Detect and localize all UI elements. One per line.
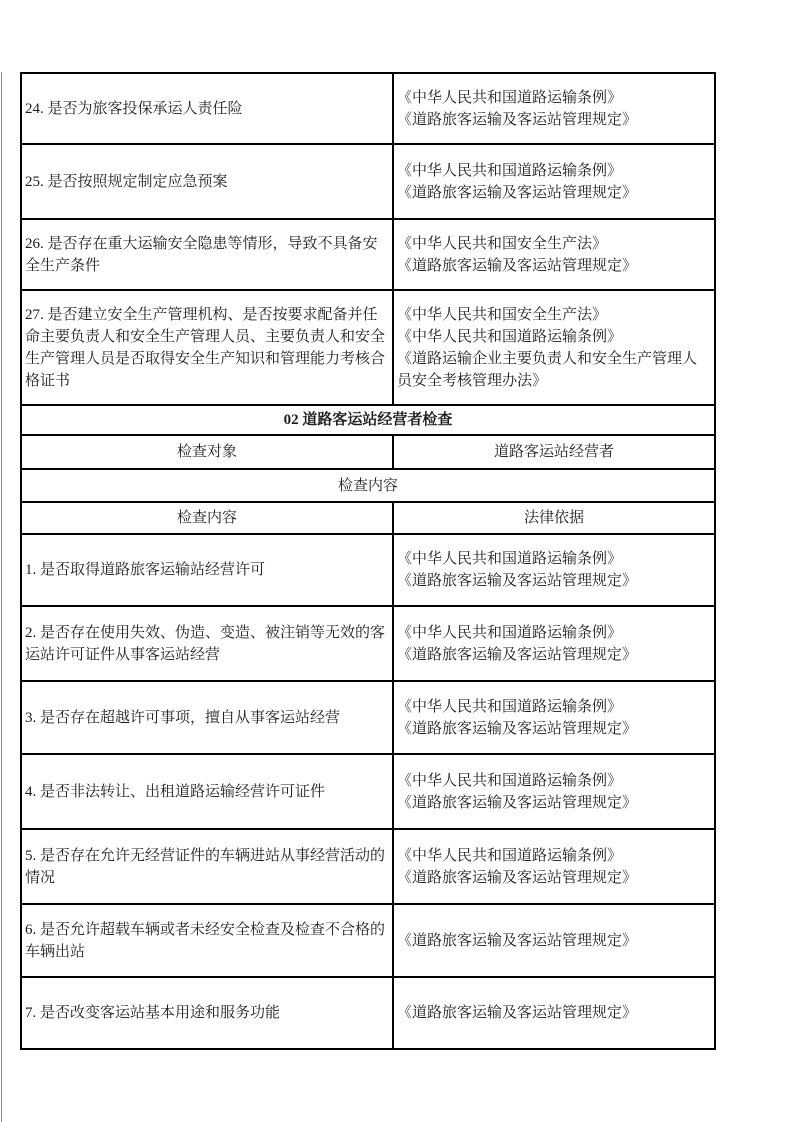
table-row: 25. 是否按照规定制定应急预案 《中华人民共和国道路运输条例》 《道路旅客运输…	[21, 144, 715, 219]
legal-basis-cell: 《中华人民共和国道路运输条例》 《道路旅客运输及客运站管理规定》	[393, 606, 715, 681]
legal-basis-cell: 《中华人民共和国安全生产法》 《中华人民共和国道路运输条例》 《道路运输企业主要…	[393, 290, 715, 405]
inspection-item-cell: 3. 是否存在超越许可事项，擅自从事客运站经营	[21, 681, 393, 754]
table-row: 3. 是否存在超越许可事项，擅自从事客运站经营 《中华人民共和国道路运输条例》 …	[21, 681, 715, 754]
table-row: 检查内容 法律依据	[21, 502, 715, 534]
table-row: 2. 是否存在使用失效、伪造、变造、被注销等无效的客运站许可证件从事客运站经营 …	[21, 606, 715, 681]
table-row: 6. 是否允许超载车辆或者未经安全检查及检查不合格的车辆出站 《道路旅客运输及客…	[21, 904, 715, 977]
legal-basis-cell: 《中华人民共和国道路运输条例》 《道路旅客运输及客运站管理规定》	[393, 829, 715, 904]
section-title: 02 道路客运站经营者检查	[21, 405, 715, 435]
inspection-item-cell: 5. 是否存在允许无经营证件的车辆进站从事经营活动的情况	[21, 829, 393, 904]
inspection-item-cell: 1. 是否取得道路旅客运输站经营许可	[21, 534, 393, 606]
inspection-item-cell: 26. 是否存在重大运输安全隐患等情形，导致不具备安全生产条件	[21, 219, 393, 290]
table-row: 24. 是否为旅客投保承运人责任险 《中华人民共和国道路运输条例》 《道路旅客运…	[21, 73, 715, 144]
column-header-item: 检查内容	[21, 502, 393, 534]
inspection-item-cell: 4. 是否非法转让、出租道路运输经营许可证件	[21, 754, 393, 829]
legal-basis-cell: 《道路旅客运输及客运站管理规定》	[393, 904, 715, 977]
table-row: 02 道路客运站经营者检查	[21, 405, 715, 435]
inspection-item-cell: 2. 是否存在使用失效、伪造、变造、被注销等无效的客运站许可证件从事客运站经营	[21, 606, 393, 681]
table-row: 4. 是否非法转让、出租道路运输经营许可证件 《中华人民共和国道路运输条例》 《…	[21, 754, 715, 829]
table-row: 1. 是否取得道路旅客运输站经营许可 《中华人民共和国道路运输条例》 《道路旅客…	[21, 534, 715, 606]
page-left-edge-artifact	[1, 72, 2, 1122]
inspection-item-cell: 7. 是否改变客运站基本用途和服务功能	[21, 977, 393, 1049]
legal-basis-cell: 《中华人民共和国安全生产法》 《道路旅客运输及客运站管理规定》	[393, 219, 715, 290]
column-header-law: 法律依据	[393, 502, 715, 534]
table-row: 5. 是否存在允许无经营证件的车辆进站从事经营活动的情况 《中华人民共和国道路运…	[21, 829, 715, 904]
legal-basis-cell: 《中华人民共和国道路运输条例》 《道路旅客运输及客运站管理规定》	[393, 681, 715, 754]
legal-basis-cell: 《中华人民共和国道路运输条例》 《道路旅客运输及客运站管理规定》	[393, 754, 715, 829]
table-row: 检查对象 道路客运站经营者	[21, 435, 715, 469]
legal-basis-cell: 《中华人民共和国道路运输条例》 《道路旅客运输及客运站管理规定》	[393, 144, 715, 219]
table-row: 7. 是否改变客运站基本用途和服务功能 《道路旅客运输及客运站管理规定》	[21, 977, 715, 1049]
inspection-item-cell: 6. 是否允许超载车辆或者未经安全检查及检查不合格的车辆出站	[21, 904, 393, 977]
inspection-table: 24. 是否为旅客投保承运人责任险 《中华人民共和国道路运输条例》 《道路旅客运…	[20, 72, 716, 1050]
table-row: 26. 是否存在重大运输安全隐患等情形，导致不具备安全生产条件 《中华人民共和国…	[21, 219, 715, 290]
table-row: 检查内容	[21, 469, 715, 502]
inspection-item-cell: 27. 是否建立安全生产管理机构、是否按要求配备并任命主要负责人和安全生产管理人…	[21, 290, 393, 405]
content-band-label: 检查内容	[21, 469, 715, 502]
inspection-target-value: 道路客运站经营者	[393, 435, 715, 469]
table-row: 27. 是否建立安全生产管理机构、是否按要求配备并任命主要负责人和安全生产管理人…	[21, 290, 715, 405]
legal-basis-cell: 《道路旅客运输及客运站管理规定》	[393, 977, 715, 1049]
inspection-target-label: 检查对象	[21, 435, 393, 469]
inspection-item-cell: 25. 是否按照规定制定应急预案	[21, 144, 393, 219]
document-page: 24. 是否为旅客投保承运人责任险 《中华人民共和国道路运输条例》 《道路旅客运…	[0, 0, 793, 1122]
inspection-item-cell: 24. 是否为旅客投保承运人责任险	[21, 73, 393, 144]
legal-basis-cell: 《中华人民共和国道路运输条例》 《道路旅客运输及客运站管理规定》	[393, 534, 715, 606]
legal-basis-cell: 《中华人民共和国道路运输条例》 《道路旅客运输及客运站管理规定》	[393, 73, 715, 144]
